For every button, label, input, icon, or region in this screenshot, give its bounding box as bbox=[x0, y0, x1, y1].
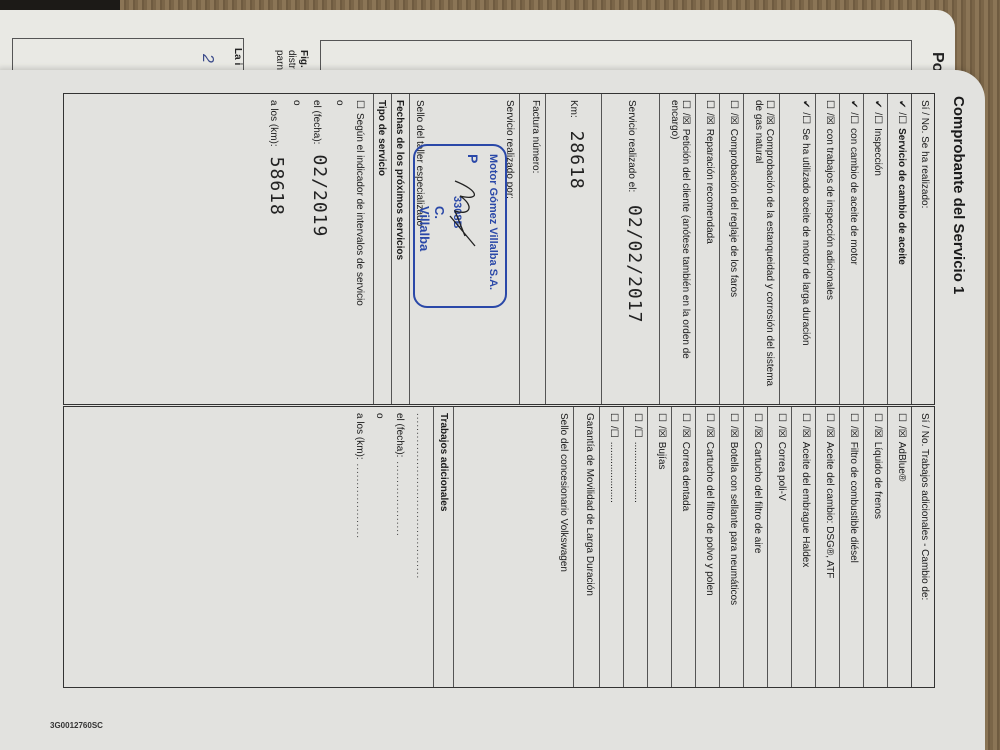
checkbox-yes-icon[interactable]: ☐ bbox=[800, 413, 811, 422]
next-date-value[interactable]: 02/2019 bbox=[309, 154, 330, 237]
performed-item: ✔/☐Se ha utilizado aceite de motor de la… bbox=[779, 94, 815, 404]
stamp-line: C. Villalba bbox=[417, 206, 447, 246]
interval-option[interactable]: ☐Según el indicador de intervalos de ser… bbox=[349, 100, 369, 398]
performed-item-label: con trabajos de inspección adicionales bbox=[824, 129, 835, 300]
form-title: Comprobante del Servicio 1 bbox=[950, 96, 967, 294]
dealer-stamp-row: Sello del concesionario Volkswagen bbox=[453, 407, 573, 687]
additional-item: ☐/☒Correa dentada bbox=[671, 407, 695, 687]
checkbox-no-icon[interactable]: ☒ bbox=[824, 116, 835, 125]
performed-item-label: Servicio de cambio de aceite bbox=[896, 128, 907, 265]
next-date-row: el (fecha):02/2019 bbox=[306, 100, 329, 398]
interval-option-label: Según el indicador de intervalos de serv… bbox=[354, 113, 365, 306]
next-services-header: Fechas de los próximos servicios bbox=[391, 94, 409, 404]
checkbox-no-icon[interactable]: ☐ bbox=[608, 429, 619, 438]
km-label: Km: bbox=[568, 100, 579, 118]
checkbox-yes-icon[interactable]: ✔ bbox=[800, 100, 811, 108]
performed-list: ✔/☐Servicio de cambio de aceite✔/☐Inspec… bbox=[659, 94, 911, 404]
checkbox-yes-icon[interactable]: ☐ bbox=[704, 100, 715, 109]
performed-item: ☐/☒Comprobación del reglaje de los faros bbox=[719, 94, 743, 404]
next-km-row: a los (km):58618 bbox=[263, 100, 286, 398]
performed-column: Sí / No. Se ha realizado: ✔/☐Servicio de… bbox=[63, 93, 935, 405]
performed-item-label: Petición del cliente (anótese también en… bbox=[669, 100, 691, 359]
underlying-text: parn bbox=[274, 50, 285, 70]
checkbox-yes-icon[interactable]: ✔ bbox=[896, 100, 907, 108]
performed-item-label: Comprobación de la estanqueidad y corros… bbox=[753, 100, 775, 386]
checkbox-yes-icon[interactable]: ☐ bbox=[728, 100, 739, 109]
checkbox-no-icon[interactable]: ☒ bbox=[680, 116, 691, 125]
performed-item: ☐/☒con trabajos de inspección adicionale… bbox=[815, 94, 839, 404]
performed-item-label: Reparación recomendada bbox=[704, 129, 715, 244]
additional-item: ☐/☒Cartucho del filtro de polvo y polen bbox=[695, 407, 719, 687]
checkbox-no-icon[interactable]: ☒ bbox=[764, 116, 775, 125]
additional-item: ☐/☒Bujías bbox=[647, 407, 671, 687]
checkbox-no-icon[interactable]: ☒ bbox=[896, 429, 907, 438]
checkbox-yes-icon[interactable]: ☐ bbox=[656, 413, 667, 422]
next-date-label: el (fecha): bbox=[311, 100, 322, 144]
checkbox-yes-icon[interactable]: ☐ bbox=[608, 413, 619, 422]
checkbox-no-icon[interactable]: ☒ bbox=[704, 116, 715, 125]
checkbox-yes-icon[interactable]: ☐ bbox=[632, 413, 643, 422]
checkbox-no-icon[interactable]: ☐ bbox=[848, 115, 859, 124]
or-label: o bbox=[329, 100, 349, 398]
invoice-row: Factura número: bbox=[519, 94, 545, 404]
additional-item-label: AdBlue® bbox=[896, 442, 907, 482]
performed-item: ☐/☒Reparación recomendada bbox=[695, 94, 719, 404]
performed-item-label: con cambio de aceite de motor bbox=[848, 128, 859, 265]
next-additional-body: ........................................… bbox=[345, 407, 433, 687]
additional-item: ☐/☐...................... bbox=[599, 407, 623, 687]
additional-list: ☐/☒AdBlue®☐/☒Líquido de frenos☐/☒Filtro … bbox=[599, 407, 911, 687]
additional-item-label: Cartucho del filtro de polvo y polen bbox=[704, 442, 715, 596]
next-km-label: a los (km): bbox=[268, 100, 279, 147]
checkbox-no-icon[interactable]: ☒ bbox=[704, 429, 715, 438]
service-date-row: Servicio realizado el: 02/02/2017 bbox=[601, 94, 659, 404]
service-voucher-form: Comprobante del Servicio 1 Sí / No. Se h… bbox=[20, 88, 975, 693]
checkbox-no-icon[interactable]: ☒ bbox=[800, 429, 811, 438]
checkbox-no-icon[interactable]: ☒ bbox=[752, 429, 763, 438]
performed-item-label: Se ha utilizado aceite de motor de larga… bbox=[800, 128, 811, 345]
performed-item: ☐/☒Comprobación de la estanqueidad y cor… bbox=[743, 94, 779, 404]
next-additional-km-field[interactable]: .................... bbox=[354, 460, 365, 539]
km-value[interactable]: 28618 bbox=[566, 131, 587, 190]
additional-header: Sí / No. Trabajos adicionales - Cambio d… bbox=[911, 407, 934, 687]
stamp-line: Motor Gómez Villalba S.A. bbox=[487, 154, 499, 298]
checkbox-no-icon[interactable]: ☒ bbox=[848, 429, 859, 438]
additional-item-label: Botella con sellante para neumáticos bbox=[728, 442, 739, 605]
checkbox-no-icon[interactable]: ☐ bbox=[872, 115, 883, 124]
additional-item: ☐/☒Filtro de combustible diésel bbox=[839, 407, 863, 687]
performed-item: ✔/☐con cambio de aceite de motor bbox=[839, 94, 863, 404]
additional-item-label: Líquido de frenos bbox=[872, 442, 883, 519]
additional-work-line[interactable]: ........................................… bbox=[409, 413, 429, 681]
or-label: o bbox=[369, 413, 389, 681]
invoice-label: Factura número: bbox=[530, 100, 541, 173]
mobility-row: Garantía de Movilidad de Larga Duración bbox=[573, 407, 599, 687]
additional-item-label: ...................... bbox=[608, 442, 619, 503]
performed-item-label: Comprobación del reglaje de los faros bbox=[728, 129, 739, 297]
performed-item: ✔/☐Servicio de cambio de aceite bbox=[887, 94, 911, 404]
checkbox-yes-icon[interactable]: ☐ bbox=[896, 413, 907, 422]
additional-item: ☐/☒Botella con sellante para neumáticos bbox=[719, 407, 743, 687]
checkbox-yes-icon[interactable]: ☐ bbox=[776, 413, 787, 422]
checkbox-no-icon[interactable]: ☐ bbox=[800, 115, 811, 124]
service-date-value[interactable]: 02/02/2017 bbox=[624, 205, 645, 323]
checkbox-yes-icon[interactable]: ☐ bbox=[824, 100, 835, 109]
additional-item-label: Aceite del embrague Haldex bbox=[800, 442, 811, 568]
checkbox-no-icon[interactable]: ☒ bbox=[872, 429, 883, 438]
checkbox-yes-icon[interactable]: ☐ bbox=[848, 413, 859, 422]
checkbox-no-icon[interactable]: ☒ bbox=[776, 429, 787, 438]
underlying-text: Fig. bbox=[298, 50, 309, 68]
performed-by-row: Servicio realizado por: Sello del taller… bbox=[409, 94, 519, 404]
checkbox-no-icon[interactable]: ☒ bbox=[680, 429, 691, 438]
additional-item-label: Filtro de combustible diésel bbox=[848, 442, 859, 563]
additional-item: ☐/☒Aceite del embrague Haldex bbox=[791, 407, 815, 687]
next-additional-km-label: a los (km): bbox=[354, 413, 365, 460]
performed-item-label: Inspección bbox=[872, 128, 883, 176]
additional-item: ☐/☒Aceite del cambio: DSG®, ATF bbox=[815, 407, 839, 687]
service-date-label: Servicio realizado el: bbox=[626, 100, 637, 192]
additional-item-label: Correa poli-V bbox=[776, 442, 787, 501]
checkbox-no-icon[interactable]: ☒ bbox=[728, 429, 739, 438]
next-additional-date-field[interactable]: .................... bbox=[394, 457, 405, 536]
handwritten-page-mark: 2 bbox=[198, 54, 216, 63]
performed-item: ☐/☒Petición del cliente (anótese también… bbox=[659, 94, 695, 404]
service-type-header: Tipo de servicio bbox=[373, 94, 391, 404]
additional-item-label: Aceite del cambio: DSG®, ATF bbox=[824, 442, 835, 579]
additional-item-label: Bujías bbox=[656, 442, 667, 470]
or-label: o bbox=[286, 100, 306, 398]
checkbox-yes-icon[interactable]: ☐ bbox=[704, 413, 715, 422]
additional-item: ☐/☒AdBlue® bbox=[887, 407, 911, 687]
checkbox-no-icon[interactable]: ☐ bbox=[896, 115, 907, 124]
additional-item-label: Correa dentada bbox=[680, 442, 691, 512]
checkbox-no-icon[interactable]: ☒ bbox=[728, 116, 739, 125]
checkbox-yes-icon[interactable]: ☐ bbox=[872, 413, 883, 422]
dealer-stamp: Motor Gómez Villalba S.A. P 3308B C. Vil… bbox=[413, 144, 507, 308]
checkbox-no-icon[interactable]: ☐ bbox=[632, 429, 643, 438]
signature-icon bbox=[445, 176, 485, 256]
checkbox-icon[interactable]: ☐ bbox=[354, 100, 365, 109]
additional-item: ☐/☒Cartucho del filtro de aire bbox=[743, 407, 767, 687]
checkbox-yes-icon[interactable]: ☐ bbox=[824, 413, 835, 422]
additional-item-label: Cartucho del filtro de aire bbox=[752, 442, 763, 554]
underlying-text: La i bbox=[232, 48, 243, 65]
next-additional-header: Trabajos adicionales bbox=[433, 407, 453, 687]
checkbox-yes-icon[interactable]: ☐ bbox=[752, 413, 763, 422]
checkbox-yes-icon[interactable]: ☐ bbox=[680, 413, 691, 422]
form-code: 3G0012760SC bbox=[50, 721, 103, 730]
performed-header: Sí / No. Se ha realizado: bbox=[911, 94, 934, 404]
additional-item: ☐/☒Líquido de frenos bbox=[863, 407, 887, 687]
performed-item: ✔/☐Inspección bbox=[863, 94, 887, 404]
next-km-value[interactable]: 58618 bbox=[266, 157, 287, 216]
checkbox-yes-icon[interactable]: ☐ bbox=[764, 100, 775, 109]
additional-item-label: ...................... bbox=[632, 442, 643, 503]
underlying-text: distr bbox=[286, 50, 297, 69]
checkbox-yes-icon[interactable]: ✔ bbox=[848, 100, 859, 108]
additional-item: ☐/☒Correa poli-V bbox=[767, 407, 791, 687]
checkbox-yes-icon[interactable]: ✔ bbox=[872, 100, 883, 108]
checkbox-yes-icon[interactable]: ☐ bbox=[680, 100, 691, 109]
checkbox-no-icon[interactable]: ☒ bbox=[656, 429, 667, 438]
checkbox-yes-icon[interactable]: ☐ bbox=[728, 413, 739, 422]
next-services-body: ☐Según el indicador de intervalos de ser… bbox=[259, 94, 373, 404]
additional-item: ☐/☐...................... bbox=[623, 407, 647, 687]
next-additional-km-row: a los (km): .................... bbox=[349, 413, 369, 681]
additional-column: Sí / No. Trabajos adicionales - Cambio d… bbox=[63, 406, 935, 688]
checkbox-no-icon[interactable]: ☒ bbox=[824, 429, 835, 438]
next-additional-date-label: el (fecha): bbox=[394, 413, 405, 457]
km-row: Km: 28618 bbox=[545, 94, 601, 404]
next-additional-date-row: el (fecha): .................... bbox=[389, 413, 409, 681]
